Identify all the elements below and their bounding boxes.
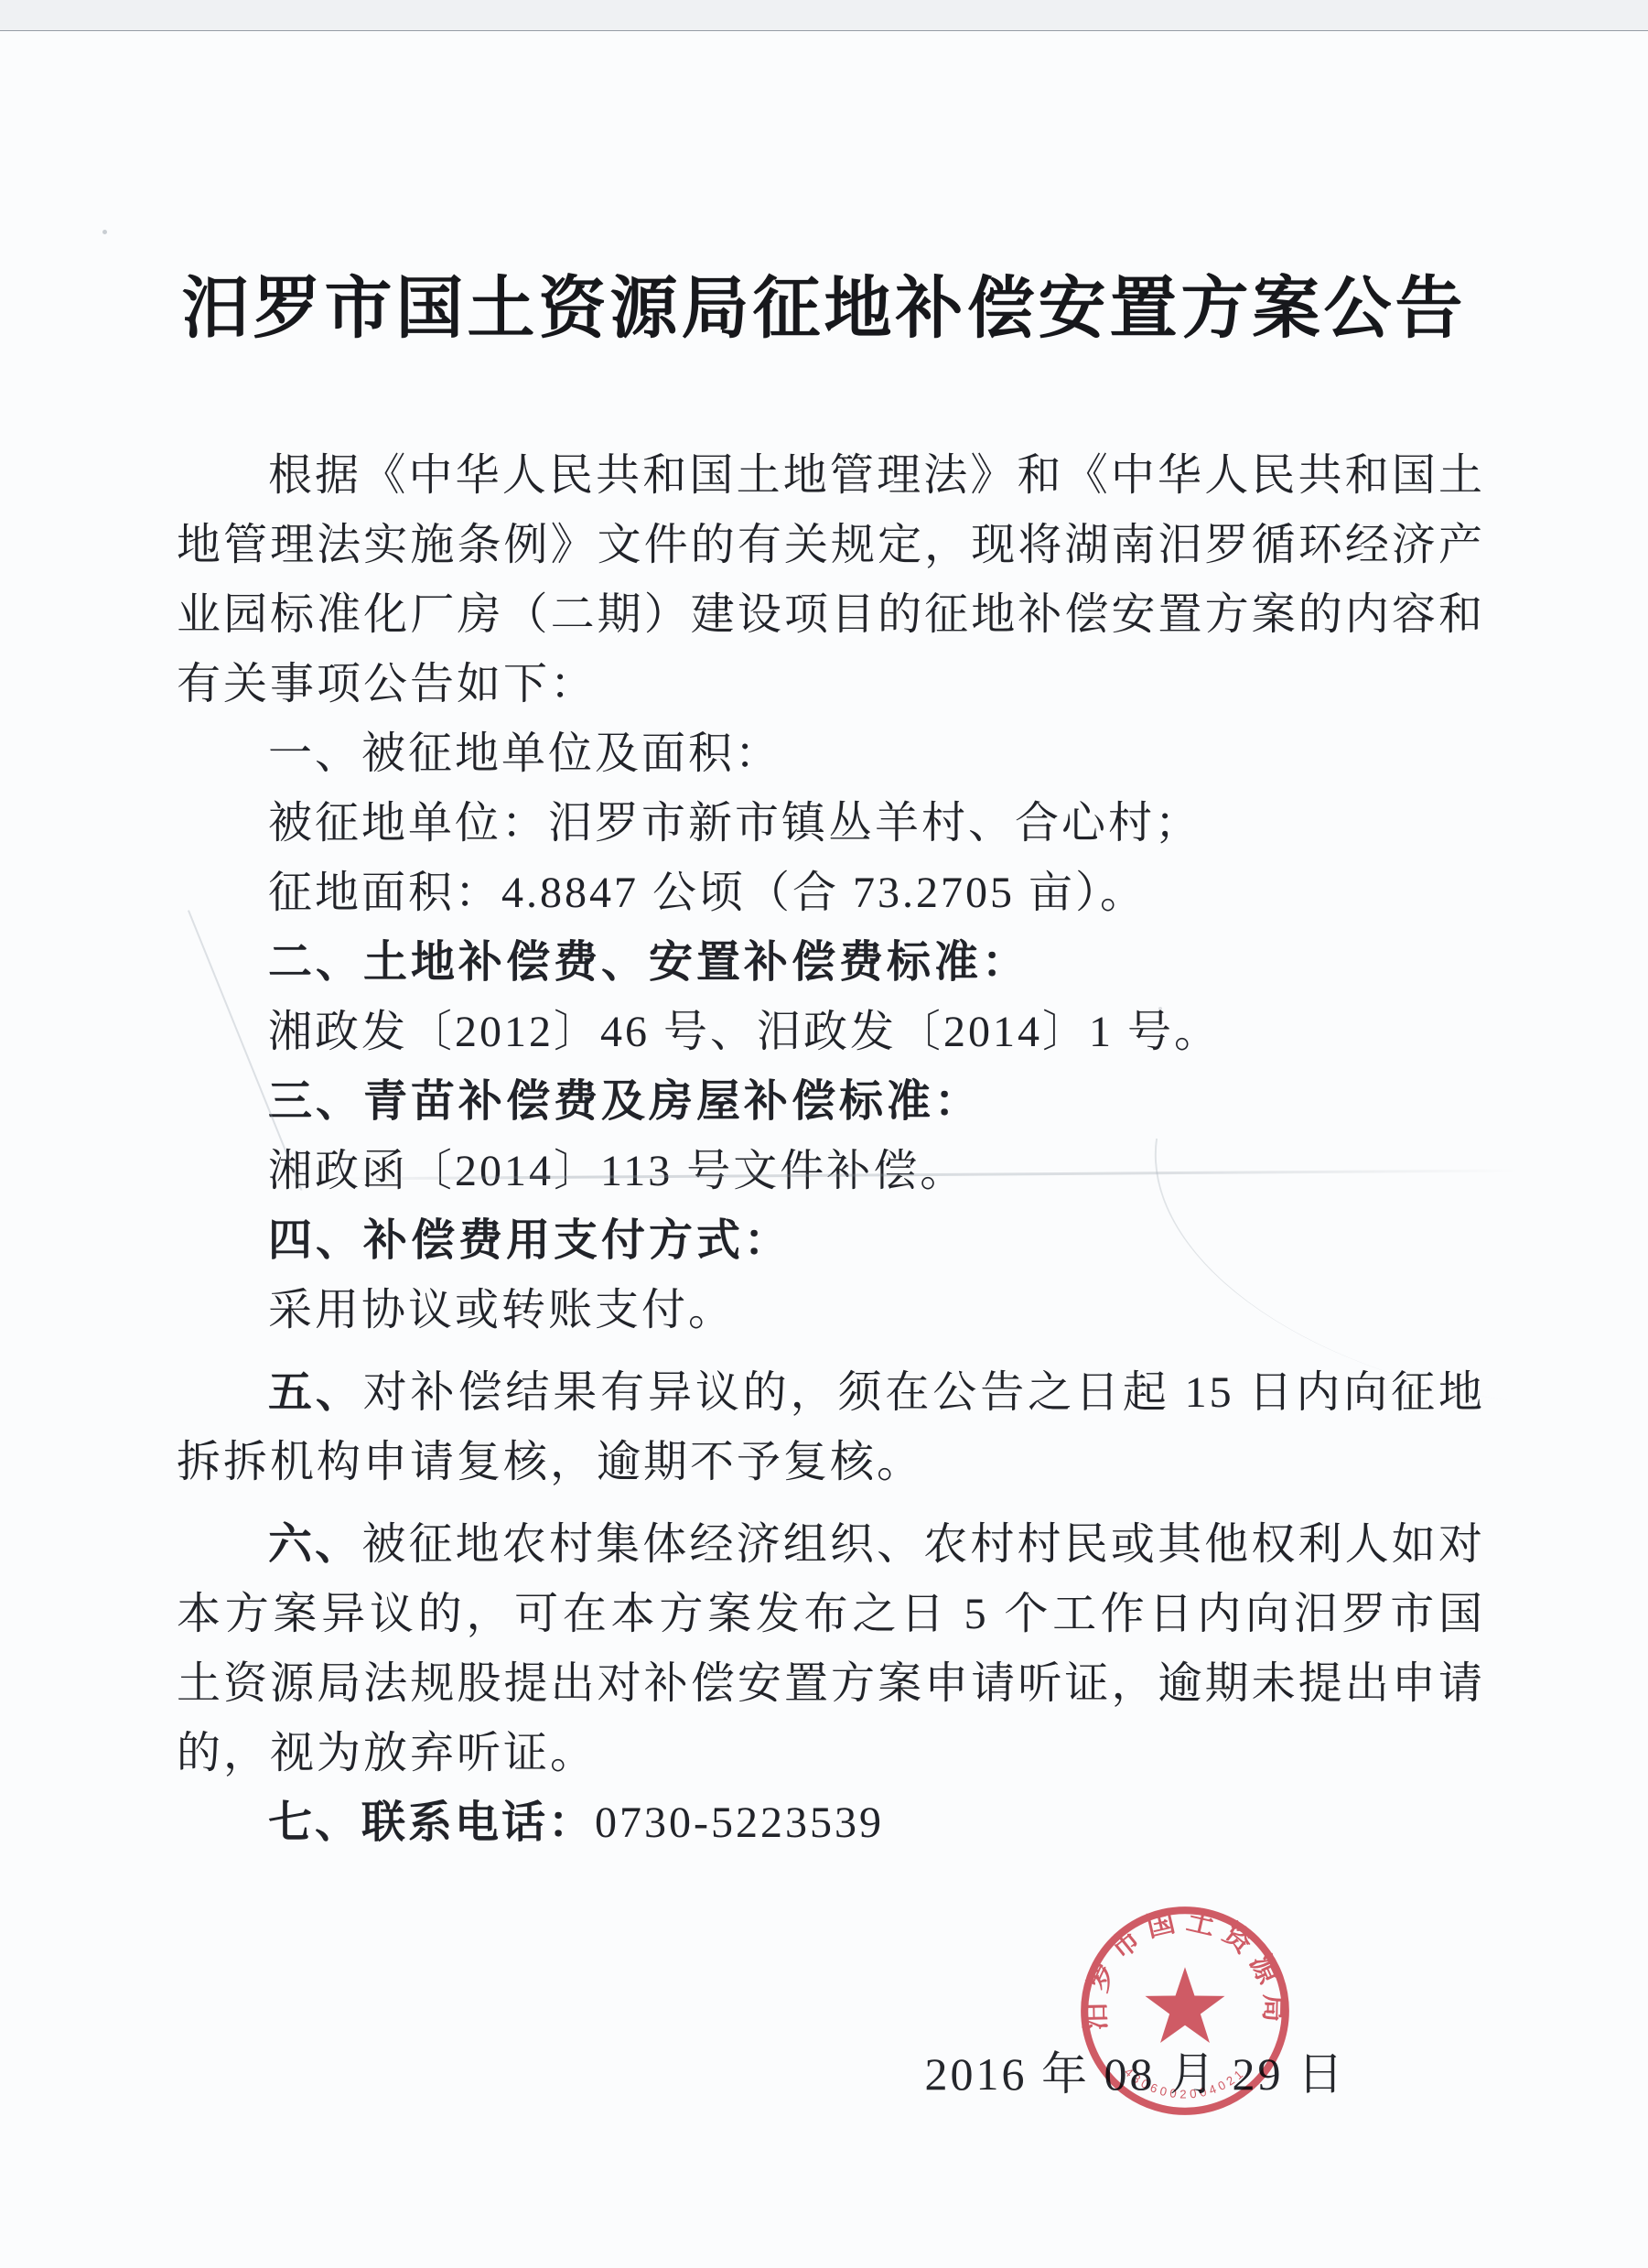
section-number: 七、联系电话： — [268, 1798, 595, 1847]
paragraph: 五、对补偿结果有异议的，须在公告之日起 15 日内向征地拆拆机构申请复核，逾期不… — [177, 1358, 1485, 1497]
svg-text:4306002004021: 4306002004021 — [1122, 2065, 1248, 2101]
paragraph: 一、被征地单位及面积： — [177, 719, 1485, 789]
section-heading: 三、青苗补偿费及房屋补偿标准： — [177, 1067, 1485, 1137]
scan-speck-artifact — [1158, 1007, 1162, 1010]
scan-speck-artifact — [102, 230, 107, 234]
section-number: 六、 — [268, 1520, 361, 1569]
paragraph: 征地面积：4.8847 公顷（合 73.2705 亩）。 — [177, 859, 1485, 928]
official-seal: 汨罗市国土资源局 4306002004021 — [1073, 1899, 1297, 2122]
paragraph: 六、被征地农村集体经济组织、农村村民或其他权利人如对本方案异议的，可在本方案发布… — [177, 1510, 1485, 1788]
paragraph: 湘政发〔2012〕46 号、汨政发〔2014〕1 号。 — [177, 998, 1485, 1067]
scanned-document-page: 汨罗市国土资源局征地补偿安置方案公告 根据《中华人民共和国土地管理法》和《中华人… — [0, 0, 1648, 2268]
seal-star-icon — [1145, 1967, 1224, 2043]
paragraph: 七、联系电话：0730-5223539 — [177, 1788, 1485, 1858]
seal-code-text: 4306002004021 — [1122, 2065, 1248, 2101]
paragraph: 被征地单位：汨罗市新市镇丛羊村、合心村； — [177, 789, 1485, 859]
document-title: 汨罗市国土资源局征地补偿安置方案公告 — [0, 254, 1648, 351]
paragraph: 根据《中华人民共和国土地管理法》和《中华人民共和国土地管理法实施条例》文件的有关… — [177, 441, 1485, 719]
section-heading: 二、土地补偿费、安置补偿费标准： — [177, 928, 1485, 998]
section-number: 五、 — [268, 1368, 363, 1417]
document-body: 根据《中华人民共和国土地管理法》和《中华人民共和国土地管理法实施条例》文件的有关… — [177, 441, 1485, 1858]
scan-edge-artifact — [0, 0, 1648, 31]
